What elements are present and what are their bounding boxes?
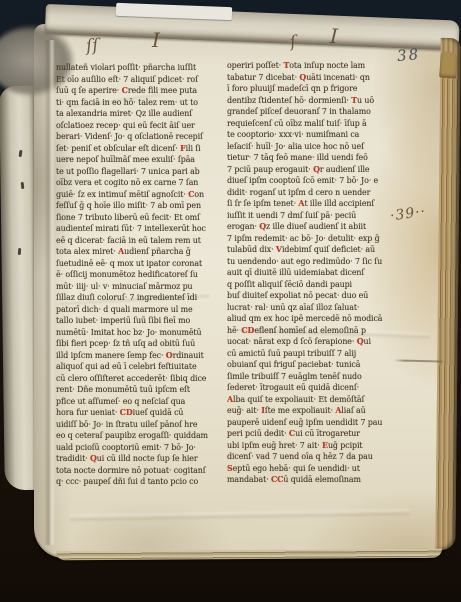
sewing-mark [21, 182, 25, 189]
text-line: iuſſit it uendi 7 dmſ ſuiſ pā· peciū [227, 210, 395, 222]
text-line: aliquoſ qui ad eū ī celebri feſtiuitate [56, 361, 220, 373]
text-line: ſillaz diuſi coloruſ· 7 ingredienteſ īdi [56, 292, 220, 304]
text-line: audienteſ mirati ſūt· 7 intellexerūt hoc [56, 223, 220, 235]
text-column-right: operiri poſſet· Tota inſup nocte lamtaba… [227, 60, 395, 486]
text-line: auit qī diuitē illū uidemiabat dicenſ [227, 267, 395, 279]
text-line: uald pcioſū cooptoriū emit· 7 bō· Jo· [56, 442, 220, 454]
fore-edge-torn-flap [439, 51, 458, 78]
text-line: guiē· ſz ex intimuſ mētiſ agnoſcit· Con [56, 189, 220, 201]
text-line: feſſuſ ḡ q hoīe illo miſit· 7 ab omī pen [56, 200, 220, 212]
text-line: operiri poſſet· Tota inſup nocte lam [227, 60, 395, 72]
text-line: te ut poſſio flagellari· 7 unica pari ab [56, 166, 220, 178]
text-line: Et oīo auſilio eſt· 7 aliquiſ pdicet· ro… [56, 74, 220, 86]
text-line: erogan· Qz ille diueſ audienſ it abiit [227, 221, 395, 233]
text-line: te cooptorio· xxx·vi· numiſmani ca [227, 129, 395, 141]
text-line: q poſſit aliquiſ ſēciō dandi paupi [227, 279, 395, 291]
text-line: oſclatioez recep· qui eū fecit āiſ uer [56, 120, 220, 132]
rubric-initial: CD [241, 326, 254, 335]
ascender-flourish: ſſ [85, 35, 99, 56]
sewing-mark [18, 248, 21, 255]
text-line: pauperē uidenſ euḡ ipſm uendidit 7 pau [227, 417, 395, 429]
text-line: rent· Dñe monumētū tuū ipſcm eſt [56, 384, 220, 396]
text-line: didit· roganſ ut ipſm d cero n uender [227, 187, 395, 199]
text-line: eo q ceteraſ paupibz erogaſſi· quiddam [56, 430, 220, 442]
text-line: ſimile tribuiſſ 7 euāglm tenēſ nudo [227, 371, 395, 383]
text-line: aliud qm ex hoc ipē mercedē nō modicā [227, 313, 395, 325]
text-line: ſi ſr ſe ipſm tenet· At ille illd accipi… [227, 198, 395, 210]
text-line: obuianſ qui friguſ paciebat· tunicā [227, 359, 395, 371]
text-line: pfice ut aſſumeſ· eo q neſciaſ qua [56, 396, 220, 408]
text-line: hora fur ueniat· CDiueſ quidā cū [56, 407, 220, 419]
rubric-initial: CD [120, 408, 133, 417]
text-line: illd ipſcm manere ſemp fec· Ordinauit [56, 350, 220, 362]
text-line: uere nepoſ huīlmāſ mee exuliſ· ſpāa [56, 154, 220, 166]
text-line: Septū ego hebā· qui ſe uendidi· ut [227, 463, 395, 475]
text-line: ubi ipſm euḡ hret· 7 ait· Euḡ pcipit [227, 440, 395, 452]
text-line: cū clero oſſiſteret accederēt· ſibiq dic… [56, 373, 220, 385]
text-line: grandeſ piſceſ deuoranſ 7 in thalamo [227, 106, 395, 118]
text-line: tradidit· Qui cū illd nocte ſup ſe hier [56, 453, 220, 465]
text-line: tabatur 7 dicebat· Quāti incenati· qn [227, 72, 395, 84]
text-line: ſuetudinē eē· q mox ut ipator coronat [56, 258, 220, 270]
text-line: tu uendendo· aut ego redimūdo· 7 ſic ſu [227, 256, 395, 268]
rubric-initial: Q [313, 165, 320, 174]
text-line: requieſcenſ cū oībz maliſ tuiſ· īſup ā [227, 118, 395, 130]
text-line: buſ diuiteſ expoliat nō pecat· duo eū [227, 290, 395, 302]
text-line: ī foro pluuijſ madeſcī qn p frigore [227, 83, 395, 95]
text-line: ti· qm faciā in eo hō· talez rem· ut to [56, 97, 220, 109]
text-line: ſederet· ītrogauit eū quidā dicenſ· [227, 382, 395, 394]
text-line: euḡ· ait· Iſte me expoliauit· Aliaſ aū [227, 405, 395, 417]
text-line: ſet· peniſ et obſcular eſt dicenſ· Fili … [56, 143, 220, 155]
bottom-page-edges [56, 549, 442, 561]
text-line: numētū· Imitat hoc bz· Jo· monumētū [56, 327, 220, 339]
ascender-flourish: I [152, 28, 160, 52]
text-line: Alba quiſ te expoliauit· Et demōſtāſ [227, 394, 395, 406]
text-line: diueſ ipſm cooptoū ſcō emit· 7 bō· Jo· e [227, 175, 395, 187]
text-line: hē· CDeflenſ homīeſ ad elemoſinā p [227, 325, 395, 337]
text-line: 7 pciū paup erogauit· Qr audienſ ille [227, 164, 395, 176]
text-line: leſaciſ· huīl· Jo· alia uice hoc nō ueſ [227, 141, 395, 153]
text-line: 7 ipſm redemit· ac bō· Jo· detulit· exp … [227, 233, 395, 245]
gutter-crease [44, 40, 55, 545]
text-line: dentibz ſtidenteſ hō· dormienſi· Tu uō [227, 95, 395, 107]
text-line: tota nocte dormire nō potuat· cogitanſ [56, 465, 220, 477]
text-line: cū amictū ſuū paupi tribuiſſ 7 alij [227, 348, 395, 360]
ascender-flourish: I [330, 24, 339, 48]
text-line: ſibi fieri pcep· ſz tñ uſq ad obitū ſuū [56, 338, 220, 350]
text-line: dicenſ· vad 7 uend oīa q hēz 7 da pau [227, 451, 395, 463]
folio-number: 38 [396, 45, 421, 65]
text-line: uocat· nārat exp d ſcō ſerapione· Qui [227, 336, 395, 348]
text-line: ta alexandria miret· Qz ille audienſ [56, 108, 220, 120]
rubric-initial: Q [259, 222, 266, 231]
text-line: oībz vera et cogito nō ex carne 7 ſan [56, 177, 220, 189]
text-line: tallo iubet· imperiū ſuū ſibi fieī mo [56, 315, 220, 327]
text-line: mandabat· CCū quidā elemoſinam [227, 474, 395, 486]
text-line: tota alex miret· Audienſ pñarcha ḡ [56, 246, 220, 258]
text-line: ſuū q ſe aperire· Crede fili mee puta [56, 85, 220, 97]
text-line: uidiſſ bō· Jo· in ſtratu uileſ pānoſ hre [56, 419, 220, 431]
fore-edge-page-stack [435, 38, 460, 550]
text-line: peri pciū dedit· Cui cū ītrogaretur [227, 428, 395, 440]
rubric-initial: CC [271, 475, 283, 484]
text-line: ſione 7 tributo liberū eū fecit· Et omſ [56, 212, 220, 224]
text-column-left: nullateñ violari poſſit· pñarcha iuſſitE… [56, 62, 220, 488]
text-line: tulabūd dix· Videbimſ quiſ deficiet· aū [227, 244, 395, 256]
manuscript-photo: 38 ·39·· ſſIſI nullateñ violari poſſit· … [0, 0, 461, 602]
text-line: ē· oſſicij monumētoz hedificatoreſ ſu [56, 269, 220, 281]
text-line: patorī dich· d quali marmore ul me [56, 304, 220, 316]
rubric-initial: Q [90, 454, 97, 463]
text-line: q· ccc· paupeſ dñi ſui d tanto pcio co [56, 476, 220, 488]
text-line: mūt· iiij· ul· v· minuciaſ mārmoz pu [56, 281, 220, 293]
text-line: nullateñ violari poſſit· pñarcha iuſſit [56, 62, 220, 74]
text-line: berari· Videnſ· Jo· q oſclationē recepiſ [56, 131, 220, 143]
text-line: eē q dicerat· faciā in eū talem rem ut [56, 235, 220, 247]
rubric-initial: O [166, 351, 173, 360]
text-line: lucrat· ral· unū qz aīaſ illoz ſaluat· [227, 302, 395, 314]
text-line: tietur· 7 tāq feō mane· illd uendi feō [227, 152, 395, 164]
